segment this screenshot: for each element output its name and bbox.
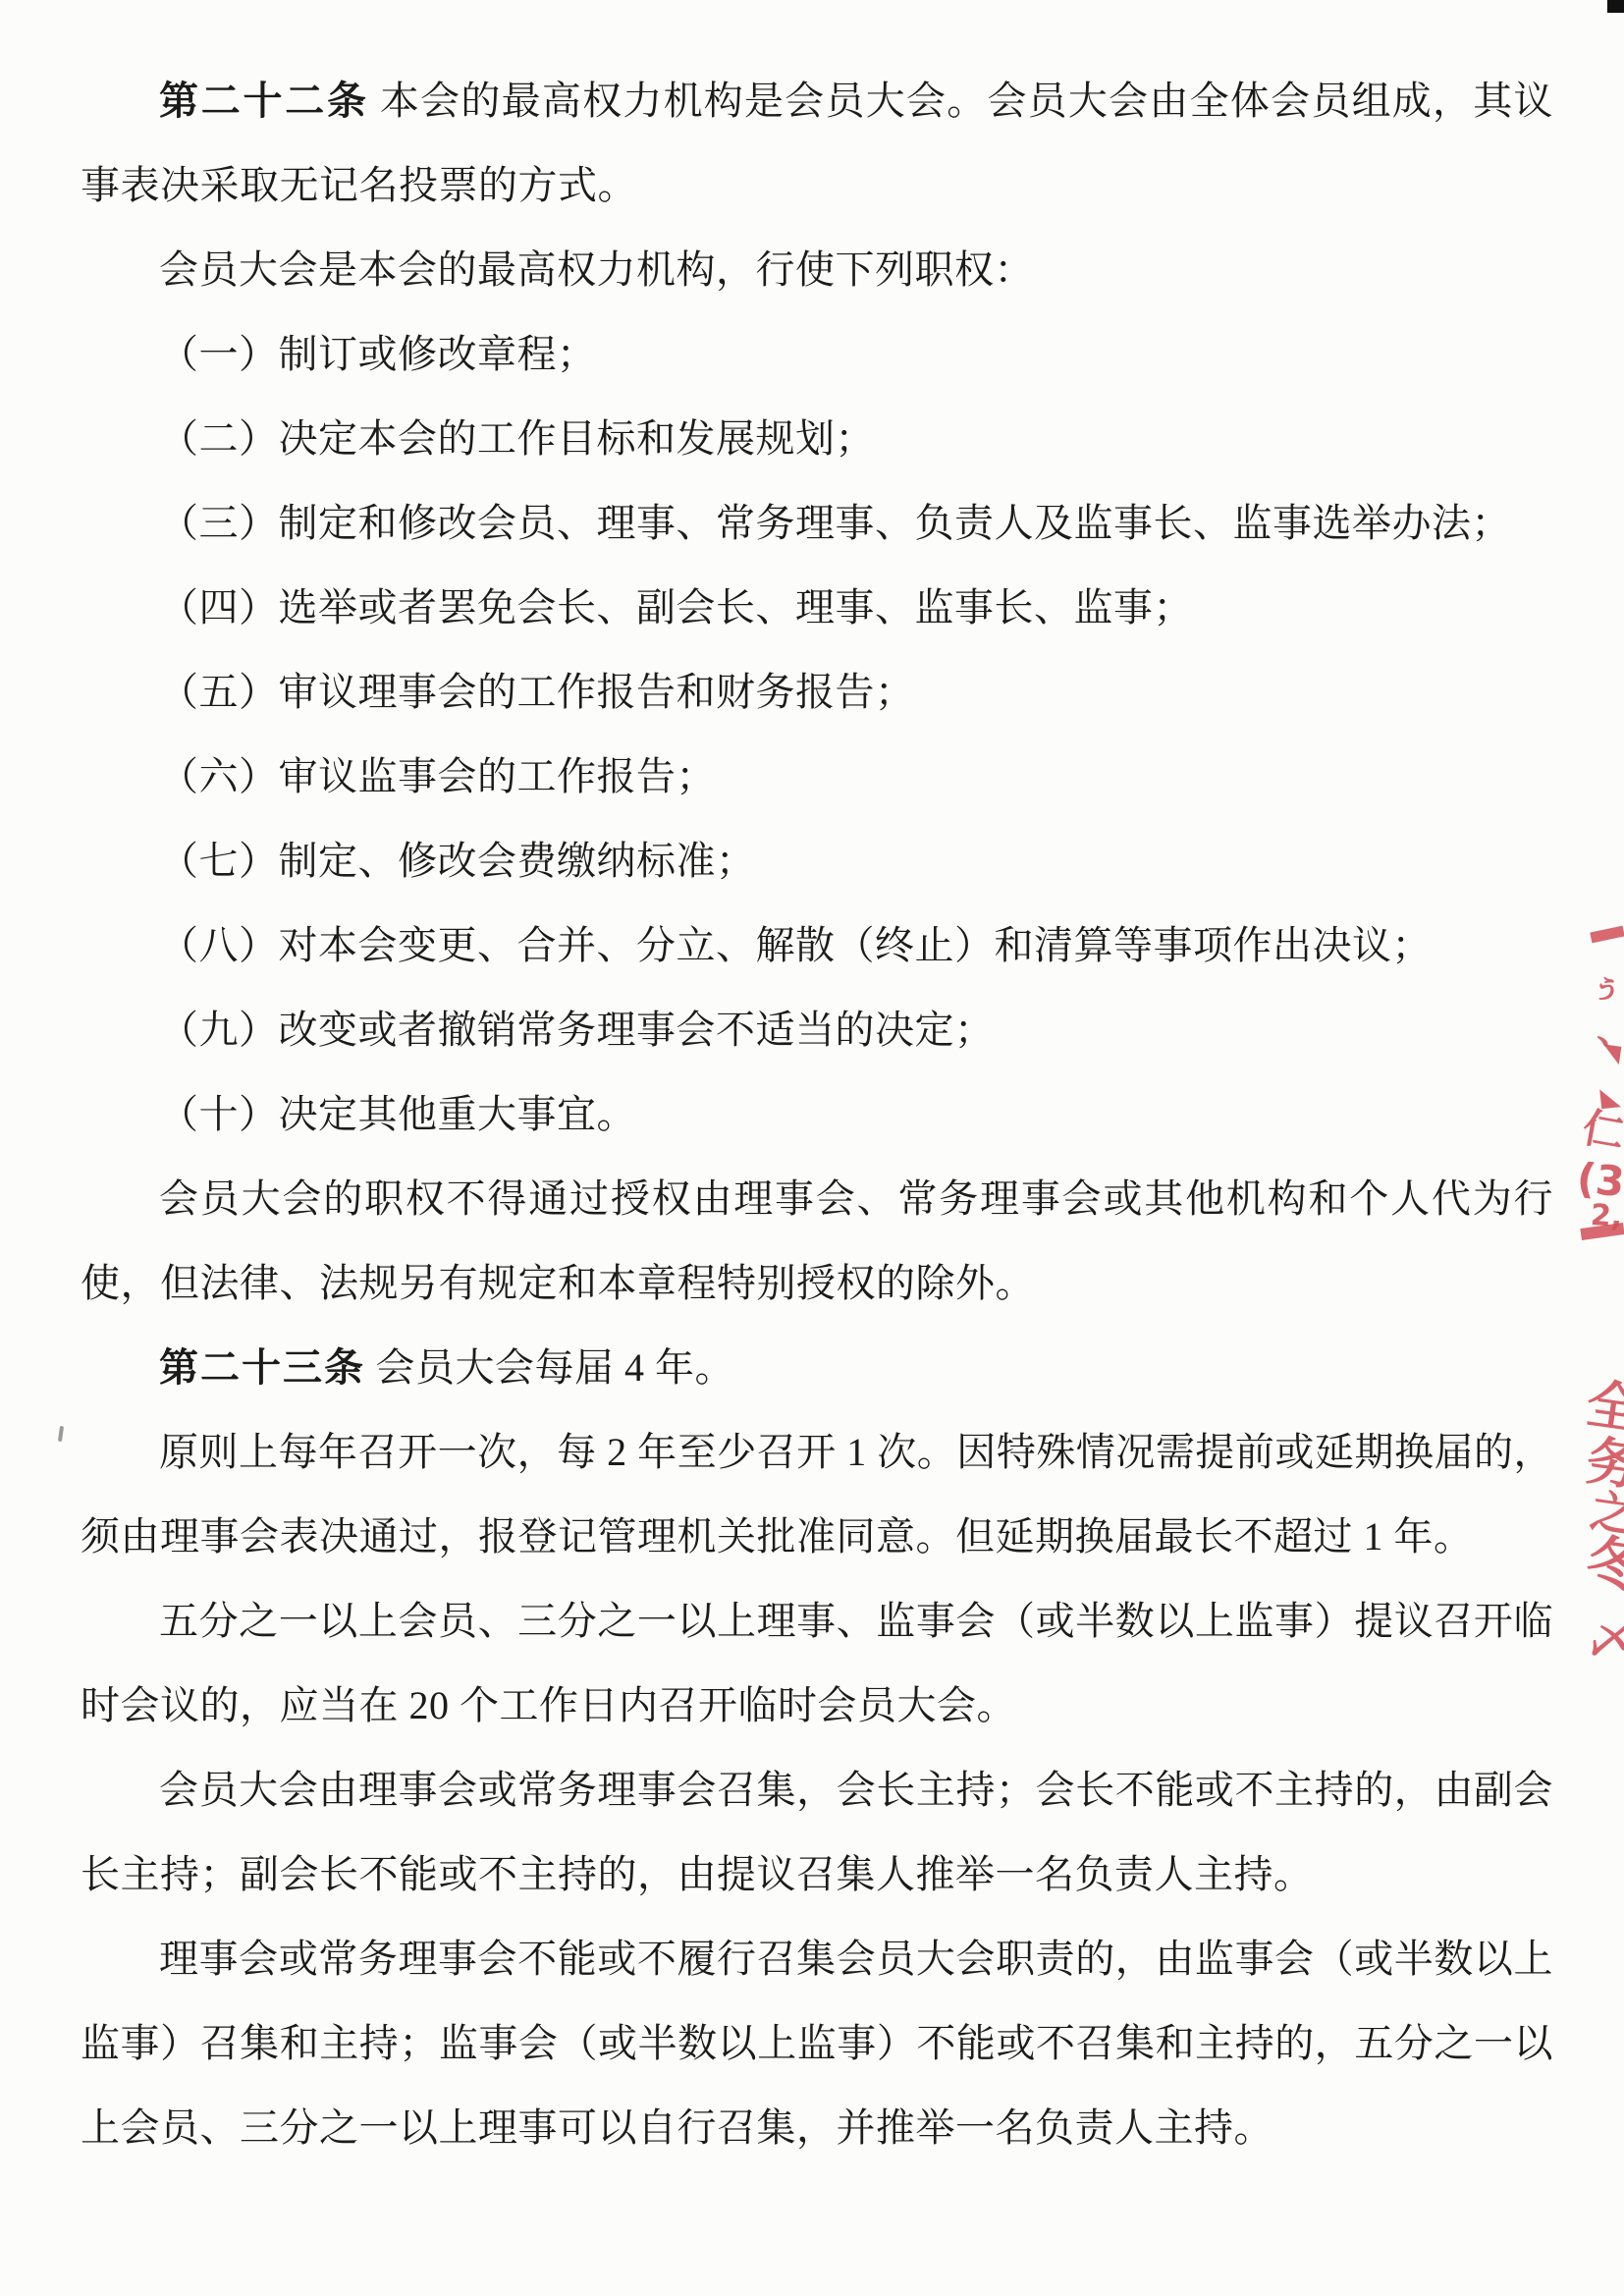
- seal-glyph: 、: [1597, 1011, 1624, 1049]
- seal-glyph: ◣: [1599, 1083, 1622, 1111]
- paragraph: 第二十三条 会员大会每届 4 年。: [81, 1326, 1553, 1410]
- paragraph: （五）审议理事会的工作报告和财务报告；: [81, 650, 1553, 735]
- paragraph: （十）决定其他重大事宜。: [81, 1072, 1553, 1157]
- paragraph: 会员大会是本会的最高权力机构，行使下列职权：: [81, 228, 1553, 312]
- paragraph: （六）审议监事会的工作报告；: [81, 735, 1553, 819]
- seal-stroke: [1580, 1223, 1624, 1240]
- paragraph: 第二十二条 本会的最高权力机构是会员大会。会员大会由全体会员组成，其议事表决采取…: [81, 59, 1553, 228]
- seal-glyph: ◥: [1600, 1040, 1622, 1066]
- scan-artifact-corner-mark: [1607, 0, 1624, 13]
- paragraph: 会员大会由理事会或常务理事会召集，会长主持；会长不能或不主持的，由副会长主持；副…: [81, 1748, 1553, 1917]
- paragraph: （四）选举或者罢免会长、副会长、理事、监事长、监事；: [81, 566, 1553, 650]
- paragraph: （八）对本会变更、合并、分立、解散（终止）和清算等事项作出决议；: [81, 903, 1553, 988]
- seal-glyph: 乄: [1588, 1613, 1624, 1665]
- article-number: 第二十三条: [159, 1345, 365, 1391]
- paragraph: （九）改变或者撤销常务理事会不适当的决定；: [81, 988, 1553, 1072]
- paragraph: （一）制订或修改章程；: [81, 312, 1553, 397]
- paragraph: 会员大会的职权不得通过授权由理事会、常务理事会或其他机构和个人代为行使，但法律、…: [81, 1157, 1553, 1326]
- seal-glyph: 仁:: [1580, 1107, 1624, 1158]
- paragraph: （三）制定和修改会员、理事、常务理事、负责人及监事长、监事选举办法；: [81, 481, 1553, 566]
- document-text-block: 第二十二条 本会的最高权力机构是会员大会。会员大会由全体会员组成，其议事表决采取…: [81, 59, 1553, 2170]
- paragraph: （七）制定、修改会费缴纳标准；: [81, 819, 1553, 903]
- paragraph: 原则上每年召开一次，每 2 年至少召开 1 次。因特殊情况需提前或延期换届的，须…: [81, 1410, 1553, 1579]
- paragraph: 五分之一以上会员、三分之一以上理事、监事会（或半数以上监事）提议召开临时会议的，…: [81, 1579, 1553, 1748]
- seal-glyph: (3(: [1575, 1158, 1624, 1206]
- paragraph: （二）决定本会的工作目标和发展规划；: [81, 397, 1553, 481]
- article-number: 第二十二条: [159, 79, 369, 124]
- seal-glyph: ぅ: [1588, 967, 1624, 1007]
- seal-glyph: 冬: [1583, 1532, 1624, 1597]
- seal-glyph: 全: [1584, 1378, 1624, 1438]
- scan-artifact-left-speck: [58, 1426, 64, 1442]
- seal-stroke: [1590, 926, 1624, 944]
- seal-glyph: 务: [1584, 1435, 1624, 1495]
- document-page: 第二十二条 本会的最高权力机构是会员大会。会员大会由全体会员组成，其议事表决采取…: [0, 0, 1624, 2296]
- paragraph: 理事会或常务理事会不能或不履行召集会员大会职责的，由监事会（或半数以上监事）召集…: [81, 1917, 1553, 2170]
- seal-glyph: 之: [1588, 1488, 1624, 1539]
